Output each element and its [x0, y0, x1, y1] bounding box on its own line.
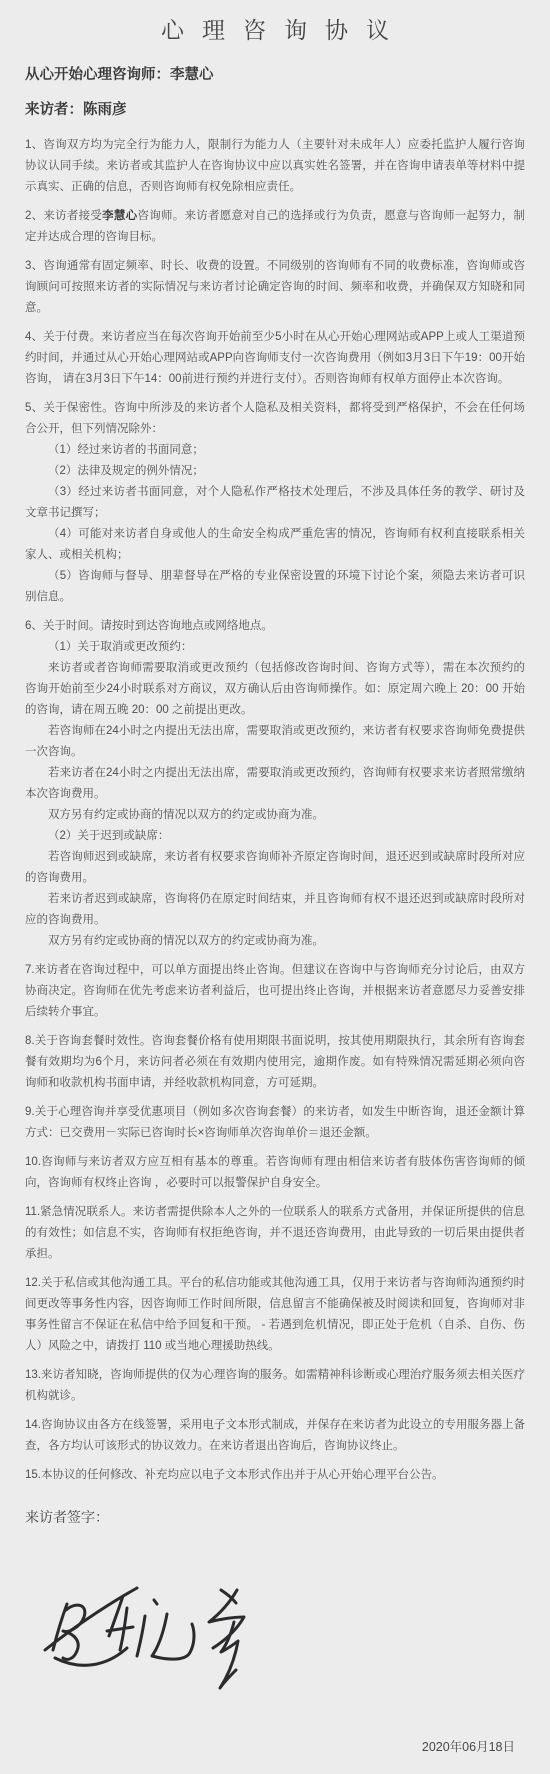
clause-2: 2、来访者接受李慧心咨询师。来访者愿意对自己的选择或行为负责，愿意与咨询师一起努…: [25, 206, 525, 248]
clause-8: 8.关于咨询套餐时效性。咨询套餐价格有使用期限书面说明，按其使用期限执行，其余所…: [25, 1031, 525, 1094]
clause-6-item-2-para-a: 若咨询师迟到或缺席，来访者有权要求咨询师补齐原定咨询时间，退还迟到或缺席时段所对…: [25, 847, 525, 889]
clause-5-item-5: （5）咨询师与督导、朋辈督导在严格的专业保密设置的环境下讨论个案，须隐去来访者可…: [25, 566, 525, 608]
agreement-document: 心理咨询协议 从心开始心理咨询师：李慧心 来访者：陈雨彦 1、咨询双方均为完全行…: [0, 0, 550, 1774]
clause-6-item-1-para-d: 双方另有约定或协商的情况以双方的约定或协商为准。: [25, 805, 525, 826]
clause-2-text: 2、来访者接受: [25, 210, 102, 222]
clause-5: 5、关于保密性。咨询中所涉及的来访者个人隐私及相关资料，都将受到严格保护，不会在…: [25, 398, 525, 440]
clause-6-item-1-para-c: 若来访者在24小时之内提出无法出席，需要取消或更改预约，咨询师有权要求来访者照常…: [25, 763, 525, 805]
clause-11: 11.紧急情况联系人。来访者需提供除本人之外的一位联系人的联系方式备用，并保证所…: [25, 1202, 525, 1265]
clause-6: 6、关于时间。请按时到达咨询地点或网络地点。: [25, 616, 525, 637]
clause-7: 7.来访者在咨询过程中，可以单方面提出终止咨询。但建议在咨询中与咨询师充分讨论后…: [25, 960, 525, 1023]
clause-5-item-3: （3）经过来访者书面同意，对个人隐私作严格技术处理后，不涉及具体任务的教学、研讨…: [25, 482, 525, 524]
counselor-line: 从心开始心理咨询师：李慧心: [25, 65, 525, 86]
clause-list: 1、咨询双方均为完全行为能力人，限制行为能力人（主要针对未成年人）应委托监护人履…: [25, 135, 525, 1486]
clause-13: 13.来访者知晓，咨询师提供的仅为心理咨询的服务。如需精神科诊断或心理治疗服务须…: [25, 1365, 525, 1407]
signature-date: 2020年06月18日: [25, 1738, 515, 1756]
clause-6-item-1-para-a: 来访者或者咨询师需要取消或更改预约（包括修改咨询时间、咨询方式等），需在本次预约…: [25, 658, 525, 721]
clause-5-item-4: （4）可能对来访者自身或他人的生命安全构成严重危害的情况，咨询师有权利直接联系相…: [25, 524, 525, 566]
clause-4: 4、关于付费。来访者应当在每次咨询开始前至少5小时在从心开始心理网站或APP上或…: [25, 327, 525, 390]
clause-3: 3、咨询通常有固定频率、时长、收费的设置。不同级别的咨询师有不同的收费标准，咨询…: [25, 256, 525, 319]
clause-6-item-2-para-b: 若来访者迟到或缺席，咨询将仍在原定时间结束，并且咨询师有权不退还迟到或缺席时段所…: [25, 889, 525, 931]
visitor-signature-image: [37, 1570, 279, 1692]
clause-15: 15.本协议的任何修改、补充均应以电子文本形式作出并于从心开始心理平台公告。: [25, 1465, 525, 1486]
counselor-name-bold: 李慧心: [102, 210, 137, 222]
visitor-line: 来访者：陈雨彦: [25, 100, 525, 121]
clause-6-item-2: （2）关于迟到或缺席：: [25, 826, 525, 847]
signature-scrawl-icon: [37, 1570, 279, 1692]
clause-1: 1、咨询双方均为完全行为能力人，限制行为能力人（主要针对未成年人）应委托监护人履…: [25, 135, 525, 198]
clause-6-item-1-para-b: 若咨询师在24小时之内提出无法出席，需要取消或更改预约，来访者有权要求咨询师免费…: [25, 721, 525, 763]
clause-5-item-1: （1）经过来访者的书面同意；: [25, 440, 525, 461]
clause-14: 14.咨询协议由各方在线签署，采用电子文本形式制成，并保存在来访者为此设立的专用…: [25, 1415, 525, 1457]
page-title: 心理咨询协议: [25, 12, 525, 45]
signature-label: 来访者签字：: [25, 1506, 525, 1528]
clause-10: 10.咨询师与来访者双方应互相有基本的尊重。若咨询师有理由相信来访者有肢体伤害咨…: [25, 1152, 525, 1194]
clause-6-item-2-para-c: 双方另有约定或协商的情况以双方的约定或协商为准。: [25, 931, 525, 952]
clause-5-item-2: （2）法律及规定的例外情况；: [25, 461, 525, 482]
clause-12: 12.关于私信或其他沟通工具。平台的私信功能或其他沟通工具，仅用于来访者与咨询师…: [25, 1273, 525, 1357]
clause-6-item-1: （1）关于取消或更改预约：: [25, 637, 525, 658]
clause-9: 9.关于心理咨询并享受优惠项目（例如多次咨询套餐）的来访者，如发生中断咨询，退还…: [25, 1102, 525, 1144]
